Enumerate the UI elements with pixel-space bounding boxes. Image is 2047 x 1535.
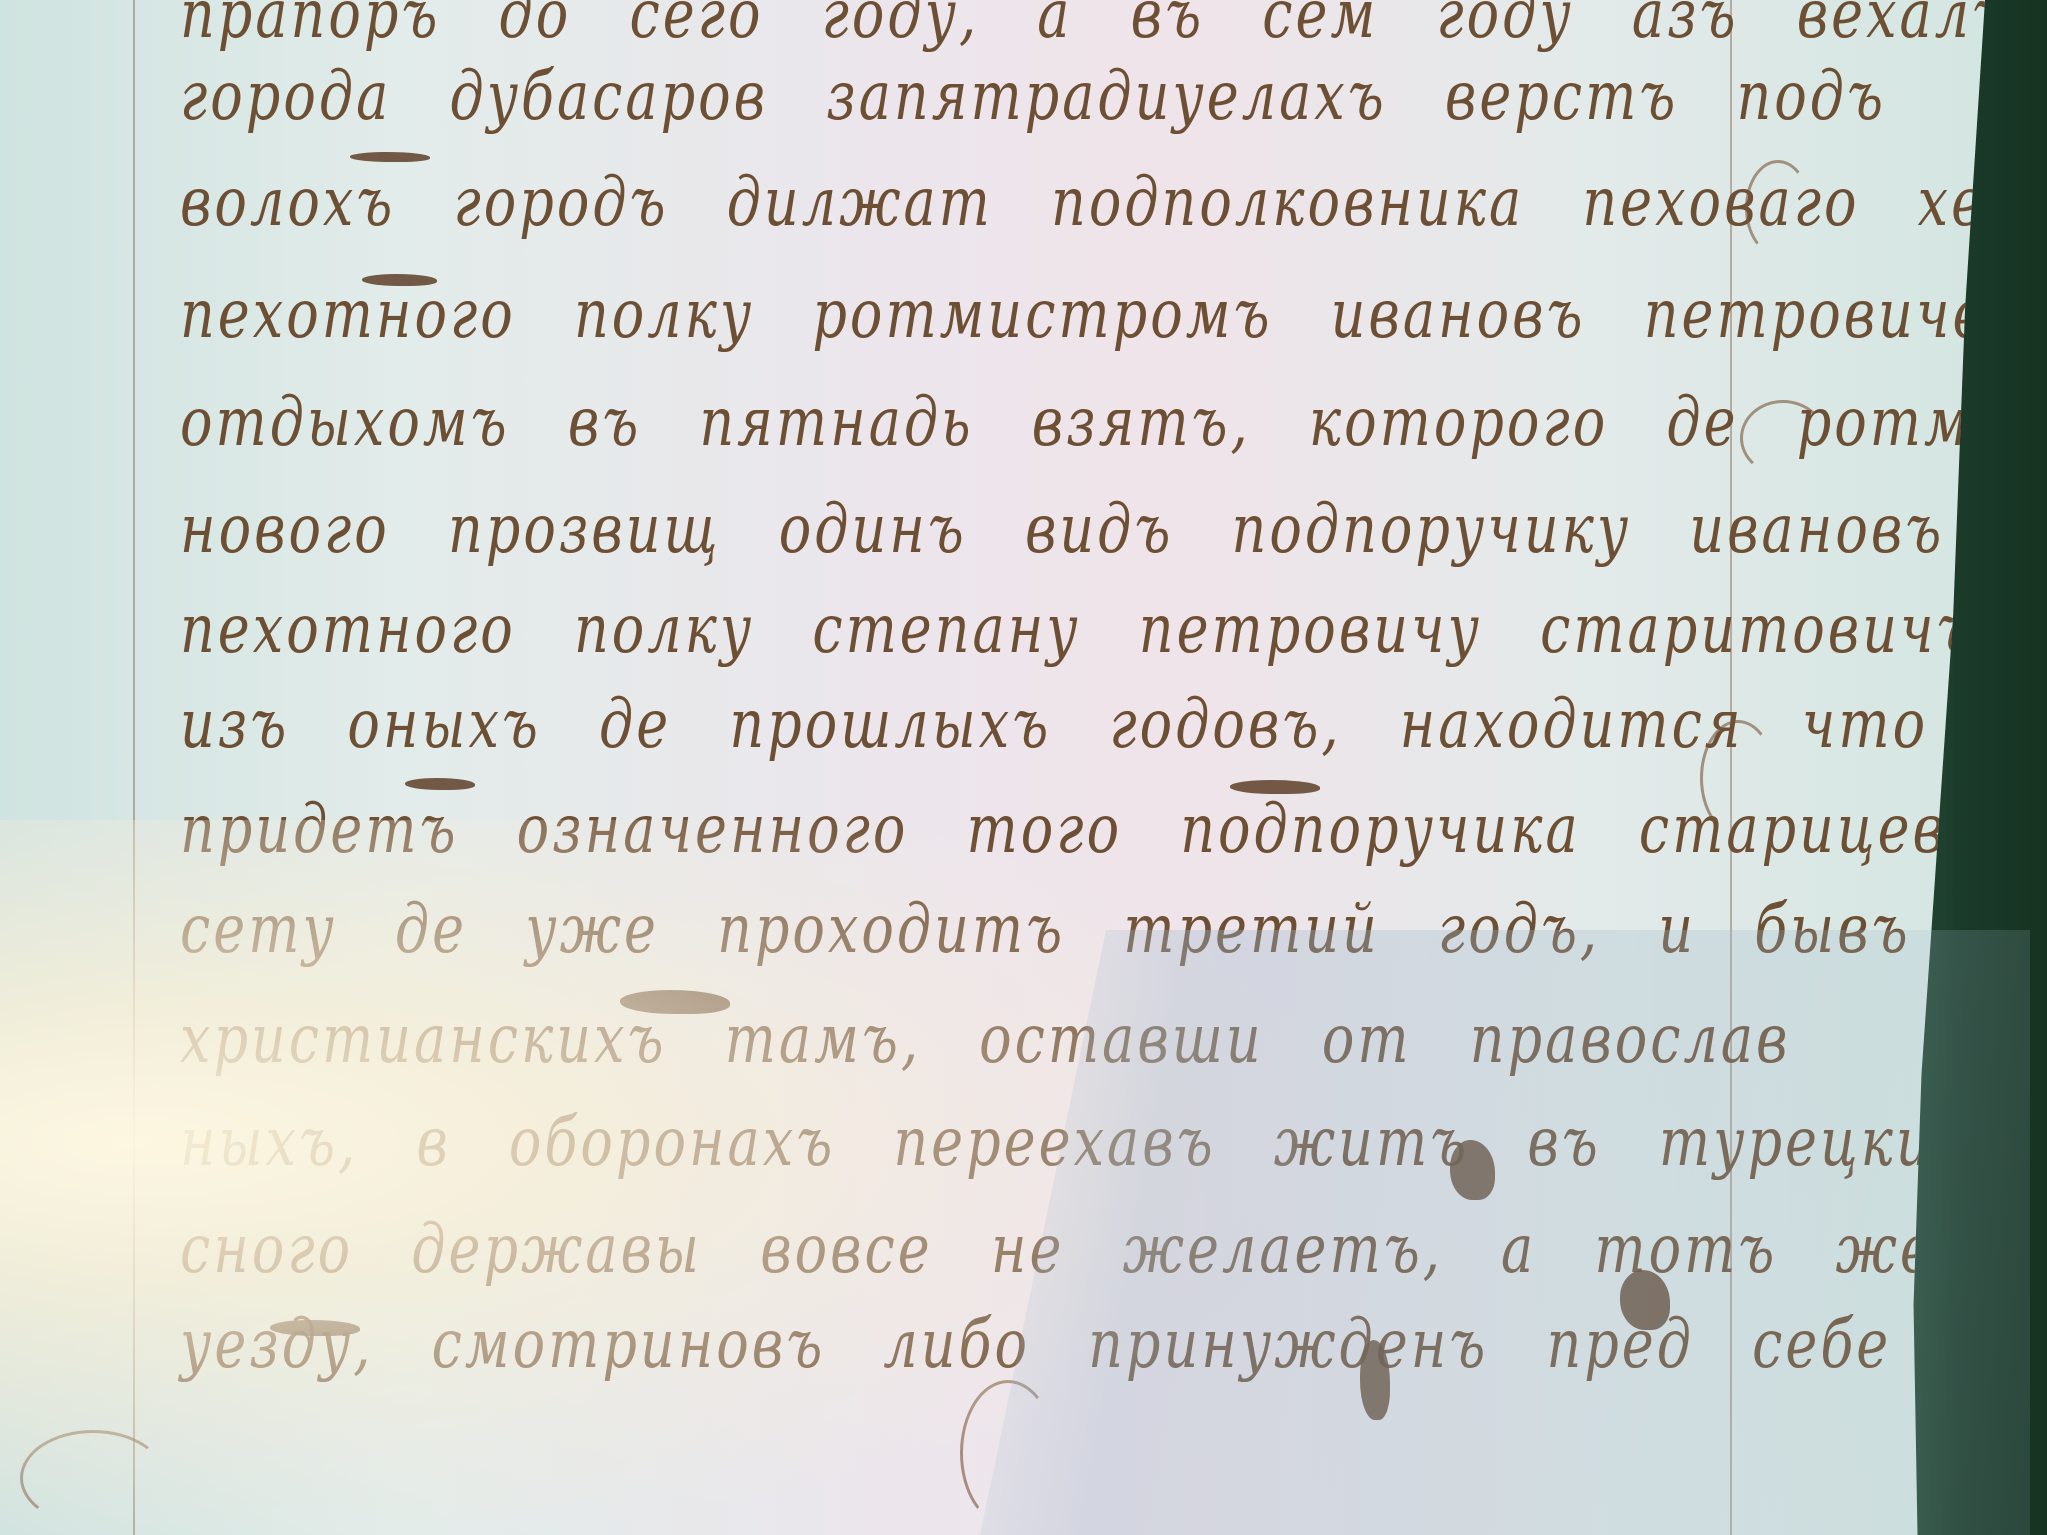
ink-underline-stroke — [350, 152, 430, 162]
text-line-10: сету де уже проходитъ третий годъ, и быв… — [180, 889, 2003, 968]
text-line-4: пехотного полку ротмистромъ ивановъ петр… — [180, 274, 2047, 353]
ink-underline-stroke — [405, 778, 475, 790]
ink-flourish — [1700, 720, 1776, 836]
text-line-13: сного державы вовсе не желаетъ, а тотъ ж… — [180, 1209, 2047, 1288]
ink-flourish — [1745, 160, 1811, 256]
text-line-11: христианскихъ тамъ, оставши от православ — [180, 999, 1790, 1078]
text-line-7: пехотного полку степану петровичу старит… — [180, 589, 1976, 668]
ink-flourish — [1740, 400, 1826, 476]
ink-flourish — [960, 1380, 1056, 1526]
ink-flourish — [20, 1430, 166, 1526]
ink-underline-stroke — [270, 1320, 360, 1336]
text-line-8: изъ оныхъ де прошлыхъ годовъ, находится … — [180, 684, 1928, 763]
ink-underline-stroke — [362, 274, 437, 286]
paper-page: прапоръ до сего году, а въ сем году азъ … — [0, 0, 1985, 1535]
ink-underline-stroke — [1230, 780, 1320, 794]
left-margin-rule — [133, 0, 135, 1535]
text-line-12: ныхъ, в оборонахъ переехавъ житъ въ туре… — [180, 1102, 2047, 1181]
ink-blot — [620, 990, 730, 1014]
text-line-2: города дубасаров запятрадиуелахъ верстъ … — [180, 56, 1886, 135]
text-line-6: нового прозвищ одинъ видъ подпоручику ив… — [180, 489, 1944, 568]
text-line-1: прапоръ до сего году, а въ сем году азъ … — [180, 0, 2047, 53]
manuscript-photo: прапоръ до сего году, а въ сем году азъ … — [0, 0, 2047, 1535]
